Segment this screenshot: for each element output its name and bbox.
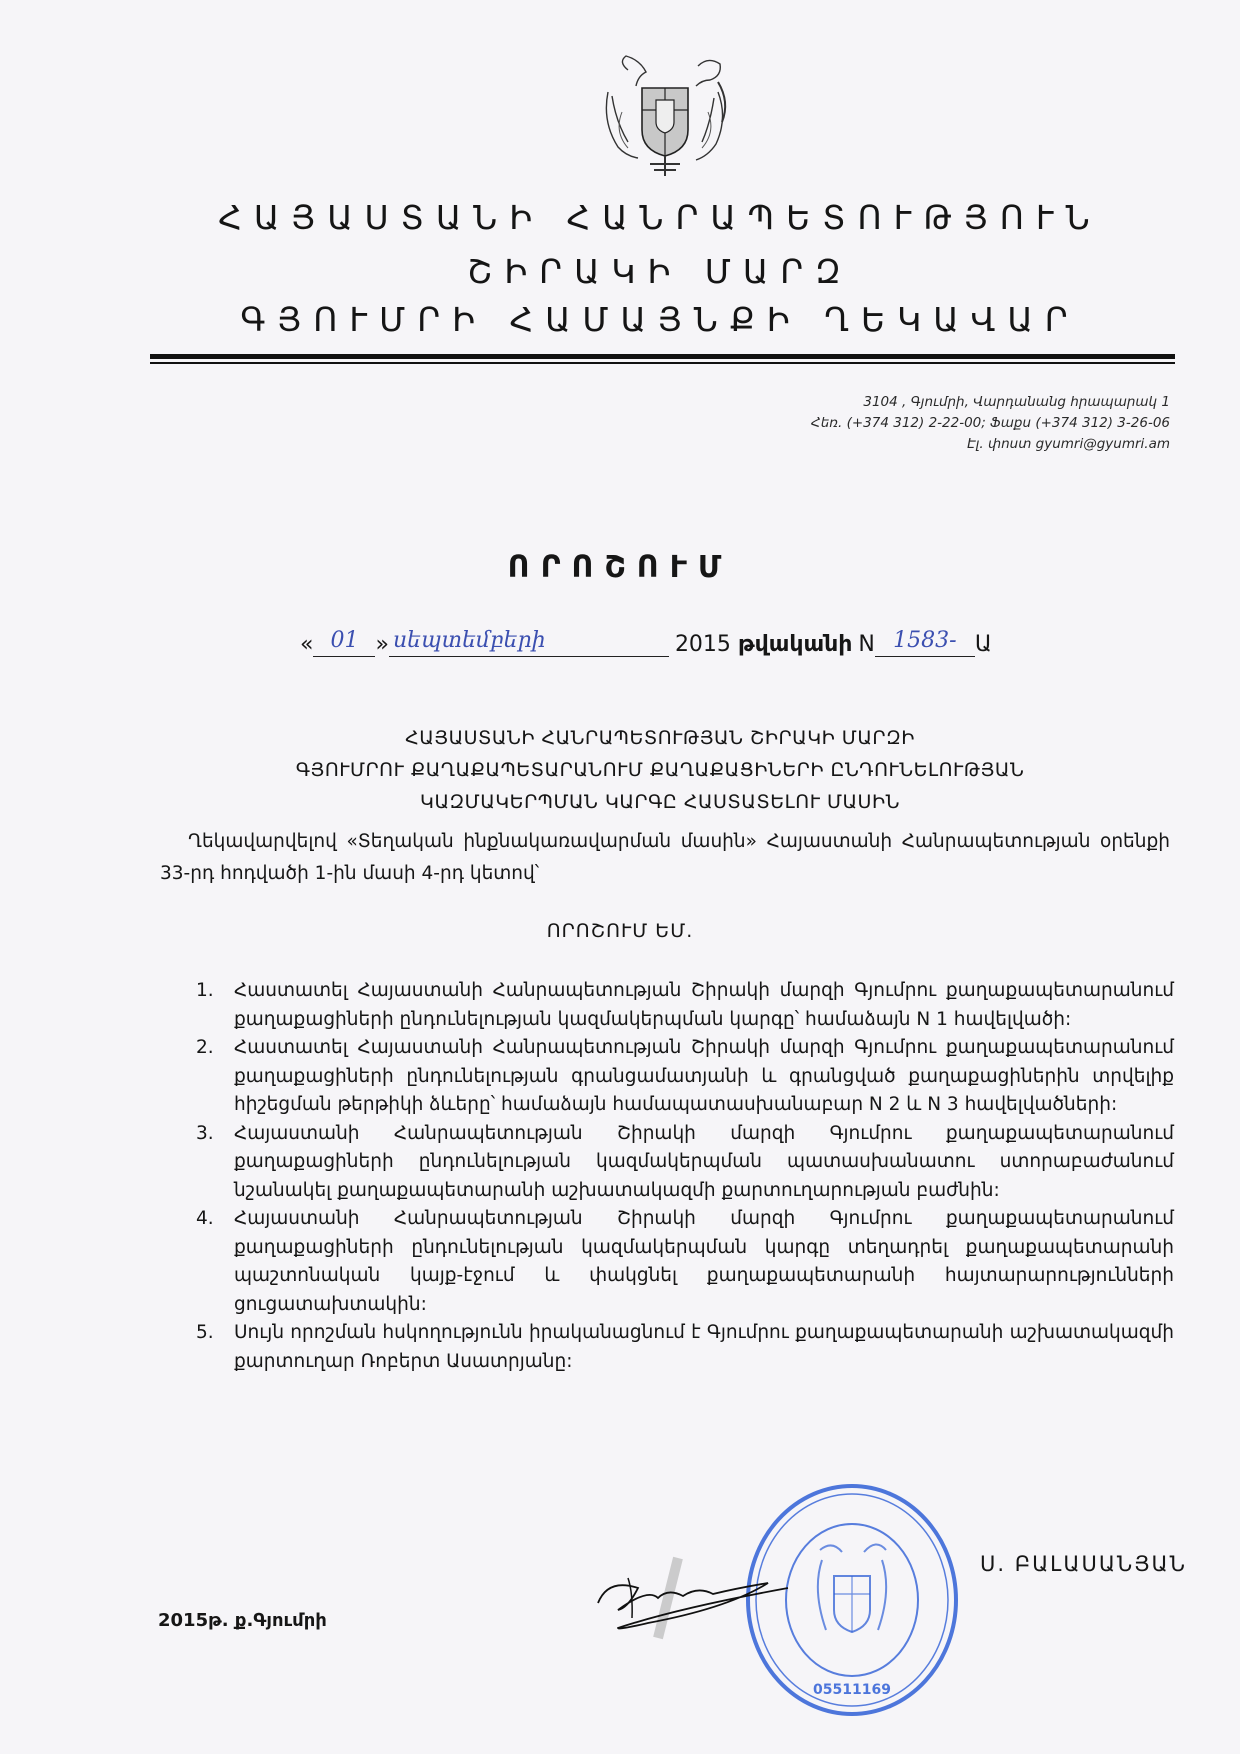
preamble-text: Ղեկավարվելով «Տեղական ինքնակառավարման մա… xyxy=(160,831,1170,884)
item-number: 4. xyxy=(196,1205,234,1319)
svg-text:05511169: 05511169 xyxy=(813,1682,891,1698)
item-text: Հայաստանի Հանրապետության Շիրակի մարզի Գյ… xyxy=(234,1120,1174,1206)
number-handwritten: 1583- xyxy=(893,628,956,653)
item-text: Սույն որոշման հսկողությունն իրականացնում… xyxy=(234,1319,1174,1376)
item-text: Հայաստանի Հանրապետության Շիրակի մարզի Գյ… xyxy=(234,1205,1174,1319)
coat-of-arms-emblem xyxy=(598,52,732,182)
item-number: 1. xyxy=(196,977,234,1034)
day-field: 01 xyxy=(313,628,375,657)
eagle-lion-emblem-icon xyxy=(598,52,732,182)
decision-heading: ՈՐՈՇՈՒՄ ԵՄ. xyxy=(0,920,1240,942)
address-phone-fax: Հեռ. (+374 312) 2-22-00; Ֆաքս (+374 312)… xyxy=(811,413,1170,434)
close-quote: » xyxy=(375,632,388,657)
handwritten-signature xyxy=(588,1548,808,1648)
header-divider-thin xyxy=(150,362,1175,364)
month-field: սեպտեմբերի xyxy=(389,628,669,657)
decision-item: 4. Հայաստանի Հանրապետության Շիրակի մարզի… xyxy=(196,1205,1174,1319)
number-field: 1583- xyxy=(875,628,975,657)
decision-item: 2. Հաստատել Հայաստանի Հանրապետության Շիր… xyxy=(196,1034,1174,1120)
year-text: 2015 xyxy=(675,632,731,657)
address-block: 3104 , Գյումրի, Վարդանանց հրապարակ 1 Հեռ… xyxy=(811,392,1170,455)
item-text: Հաստատել Հայաստանի Հանրապետության Շիրակի… xyxy=(234,1034,1174,1120)
item-text: Հաստատել Հայաստանի Հանրապետության Շիրակի… xyxy=(234,977,1174,1034)
year-suffix: թվականի xyxy=(738,632,852,657)
address-street: 3104 , Գյումրի, Վարդանանց հրապարակ 1 xyxy=(811,392,1170,413)
signature-scribble-icon xyxy=(588,1548,808,1648)
decision-items: 1. Հաստատել Հայաստանի Հանրապետության Շիր… xyxy=(196,977,1174,1376)
item-number: 5. xyxy=(196,1319,234,1376)
header-region: ՇԻՐԱԿԻ ՄԱՐԶ xyxy=(140,252,1180,291)
address-email: Էլ. փոստ gyumri@gyumri.am xyxy=(811,434,1170,455)
item-number: 3. xyxy=(196,1120,234,1206)
subject-line-2: ԳՅՈՒՄՐՈՒ ՔԱՂԱՔԱՊԵՏԱՐԱՆՈՒՄ ՔԱՂԱՔԱՑԻՆԵՐԻ Ը… xyxy=(140,754,1180,786)
place-and-year: 2015թ. ք.Գյումրի xyxy=(158,1610,327,1631)
signer-name: Ս. ԲԱԼԱՍԱՆՅԱՆ xyxy=(980,1552,1187,1576)
document-title: ՈՐՈՇՈՒՄ xyxy=(0,550,1240,585)
item-number: 2. xyxy=(196,1034,234,1120)
subject-line-3: ԿԱԶՄԱԿԵՐՊՄԱՆ ԿԱՐԳԸ ՀԱՍՏԱՏԵԼՈՒ ՄԱՍԻՆ xyxy=(140,786,1180,818)
open-quote: « xyxy=(300,632,313,657)
month-handwritten: սեպտեմբերի xyxy=(389,628,546,653)
decision-item: 3. Հայաստանի Հանրապետության Շիրակի մարզի… xyxy=(196,1120,1174,1206)
date-number-line: « 01 » սեպտեմբերի 2015 թվականի N 1583- Ա xyxy=(300,628,992,657)
header-country: ՀԱՅԱՍՏԱՆԻ ՀԱՆՐԱՊԵՏՈՒԹՅՈՒՆ xyxy=(140,198,1180,237)
header-office: ԳՅՈՒՄՐԻ ՀԱՄԱՅՆՔԻ ՂԵԿԱՎԱՐ xyxy=(140,300,1180,339)
decision-item: 5. Սույն որոշման հսկողությունն իրականացն… xyxy=(196,1319,1174,1376)
number-prefix: N xyxy=(858,632,874,657)
header-divider-thick xyxy=(150,354,1175,359)
number-suffix: Ա xyxy=(975,632,992,657)
day-handwritten: 01 xyxy=(330,628,358,653)
preamble: Ղեկավարվելով «Տեղական ինքնակառավարման մա… xyxy=(160,826,1170,890)
subject-line-1: ՀԱՅԱՍՏԱՆԻ ՀԱՆՐԱՊԵՏՈՒԹՅԱՆ ՇԻՐԱԿԻ ՄԱՐԶԻ xyxy=(140,722,1180,754)
decision-item: 1. Հաստատել Հայաստանի Հանրապետության Շիր… xyxy=(196,977,1174,1034)
decision-subject: ՀԱՅԱՍՏԱՆԻ ՀԱՆՐԱՊԵՏՈՒԹՅԱՆ ՇԻՐԱԿԻ ՄԱՐԶԻ ԳՅ… xyxy=(140,722,1180,818)
